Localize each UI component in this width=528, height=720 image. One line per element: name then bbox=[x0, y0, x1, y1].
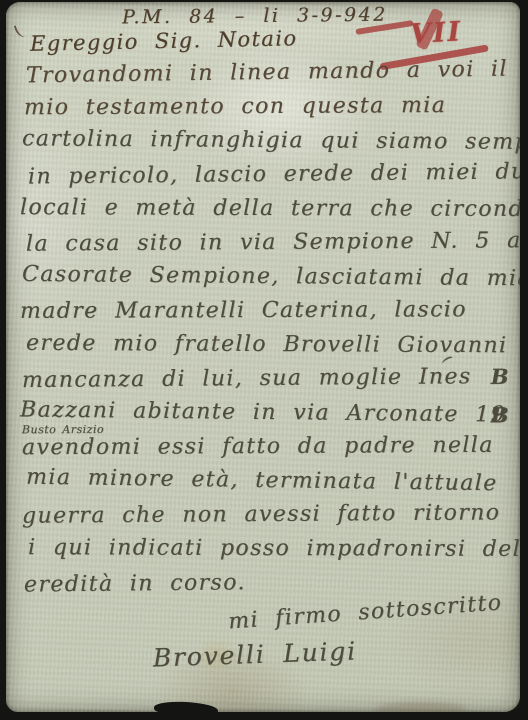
letter-line-text: avendomi essi fatto da padre nella bbox=[22, 433, 494, 460]
salutation: Egreggio Sig. Notaio bbox=[30, 26, 298, 56]
letter-line: cartolina infranghigia qui siamo sempre bbox=[20, 126, 512, 163]
letter-line: guerra che non avessi fatto ritorno bbox=[20, 500, 512, 537]
letter-line-text: la casa sito in via Sempione N. 5 a bbox=[26, 228, 520, 256]
margin-letter: B bbox=[491, 402, 510, 427]
letter-line-text: mio testamento con questa mia bbox=[24, 93, 446, 120]
letter-line-text: mia minore età, terminata l'attuale bbox=[26, 465, 498, 497]
letter-line: Trovandomi in linea mando a voi il bbox=[20, 57, 512, 98]
letter-line-text: mancanza di lui, sua moglie Ines bbox=[22, 364, 472, 393]
letter-line: erede mio fratello Brovelli Giovanni in bbox=[20, 331, 512, 368]
letter-line-text: erede mio fratello Brovelli Giovanni in bbox=[26, 331, 520, 359]
pen-flourish-mark bbox=[14, 23, 28, 40]
salutation-text: Egreggio Sig. Notaio bbox=[30, 26, 298, 56]
letter-line-text: cartolina infranghigia qui siamo sempre bbox=[22, 126, 520, 155]
photo-background: P.M. 84 – li 3-9-942 VII Egreggio Sig. N… bbox=[0, 0, 528, 720]
torn-edge-chip bbox=[154, 701, 218, 712]
postcard: P.M. 84 – li 3-9-942 VII Egreggio Sig. N… bbox=[6, 2, 520, 712]
censor-mark: VII bbox=[383, 8, 482, 65]
letter-line: la casa sito in via Sempione N. 5 a bbox=[20, 228, 512, 265]
letter-line-text: Trovandomi in linea mando a voi il bbox=[26, 57, 508, 89]
letter-line-text: in pericolo, lascio erede dei miei due bbox=[28, 159, 520, 189]
interlinear-note: Busto Arsizio bbox=[22, 423, 104, 436]
letter-line: mio testamento con questa mia bbox=[20, 93, 512, 130]
letter-body: Trovandomi in linea mando a voi ilmio te… bbox=[20, 60, 512, 604]
letter-line: mancanza di lui, sua moglie InesB bbox=[20, 364, 512, 402]
letter-line: locali e metà della terra che circonda bbox=[20, 195, 512, 231]
letter-line-text: madre Marantelli Caterina, lascio bbox=[20, 297, 467, 324]
bottom-edge-stain bbox=[376, 702, 466, 712]
signature: Brovelli Luigi bbox=[152, 636, 357, 672]
letter-line: madre Marantelli Caterina, lascio bbox=[20, 297, 512, 333]
postmark-line: P.M. 84 – li 3-9-942 bbox=[122, 4, 388, 29]
letter-line-text: guerra che non avessi fatto ritorno bbox=[22, 500, 501, 528]
margin-letter: B bbox=[491, 364, 510, 389]
letter-line: in pericolo, lascio erede dei miei due bbox=[20, 159, 512, 198]
letter-line: Casorate Sempione, lasciatami da mia bbox=[20, 262, 512, 300]
letter-line-text: i qui indicati posso impadronirsi della bbox=[28, 535, 520, 562]
letter-line: mia minore età, terminata l'attuale bbox=[20, 465, 512, 506]
letter-line-text: eredità in corso. bbox=[24, 570, 246, 597]
letter-line-text: Casorate Sempione, lasciatami da mia bbox=[22, 262, 520, 291]
letter-line: i qui indicati posso impadronirsi della bbox=[20, 535, 512, 571]
letter-line: avendomi essi fatto da padre nellaBusto … bbox=[20, 433, 512, 470]
letter-line-text: locali e metà della terra che circonda bbox=[20, 195, 520, 222]
